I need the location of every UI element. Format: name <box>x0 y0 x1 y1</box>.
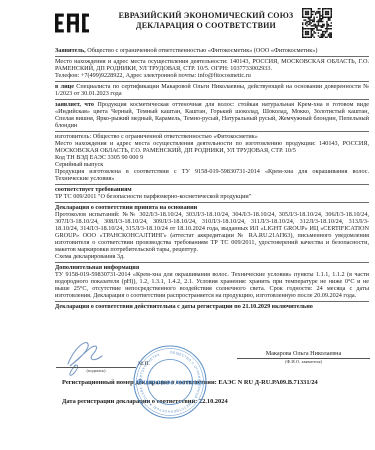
compliance-regulation: ТР ТС 009/2011 "О безопасности парфюмерн… <box>55 193 369 200</box>
compliance-label: соответствует требованиям <box>55 186 369 193</box>
signatory-name: Макарова Ольга Николаевна <box>237 350 370 359</box>
company-stamp-icon: ОБЩЕСТВО С ОГРАНИЧЕННОЙ ОТВЕТСТВЕННОСТЬЮ… <box>131 343 209 421</box>
section-address: Место нахождения и адрес места осуществл… <box>55 57 369 82</box>
title-line-1: ЕВРАЗИЙСКИЙ ЭКОНОМИЧЕСКИЙ СОЮЗ <box>95 11 317 21</box>
production-standard: Продукция изготовлена в соответствии с Т… <box>55 168 369 182</box>
applicant-contacts: Телефон: +7(499)9228922, Адрес электронн… <box>55 72 369 79</box>
title-line-2: ДЕКЛАРАЦИЯ О СООТВЕТСТВИИ <box>95 21 317 31</box>
section-representative: в лице Специалиста по сертификации Макар… <box>55 82 369 100</box>
signatory-block: Макарова Ольга Николаевна (Ф.И.О. заявит… <box>237 350 370 365</box>
signature-caption: (подпись) <box>86 368 105 373</box>
applicant-label: Заявитель, <box>55 47 86 54</box>
representative-label: в лице <box>55 83 74 90</box>
additional-info-text: ТУ 9158-019-59830731-2014 «Крем-хна для … <box>55 271 369 299</box>
representative-text: Специалиста по сертификации Макаровой Ол… <box>55 83 369 97</box>
section-basis: Декларация о соответствии принята на осн… <box>55 203 369 263</box>
applicant-address: Место нахождения и адрес места осуществл… <box>55 58 369 72</box>
signature-line: (подпись) <box>56 367 136 374</box>
section-manufacturer: изготовитель: Общество с ограниченной от… <box>55 132 369 185</box>
qr-code-icon <box>302 8 332 38</box>
section-validity: Декларация о соответствии действительна … <box>55 302 369 312</box>
declaration-document: ЕВРАЗИЙСКИЙ ЭКОНОМИЧЕСКИЙ СОЮЗ ДЕКЛАРАЦИ… <box>0 0 375 450</box>
manufacturer-address: Место нахождения и адрес места осуществл… <box>55 140 369 154</box>
section-applicant: Заявитель, Общество с ограниченной ответ… <box>55 46 369 57</box>
section-product: заявляет, что Продукция косметическая от… <box>55 100 369 132</box>
section-compliance: соответствует требованиям ТР ТС 009/2011… <box>55 185 369 203</box>
manufacturer-name: изготовитель: Общество с ограниченной от… <box>55 133 369 140</box>
basis-label: Декларация о соответствии принята на осн… <box>55 204 369 211</box>
serial-release: Серийный выпуск <box>55 161 369 168</box>
stamp-center-text: Фитокосметик <box>136 378 204 387</box>
product-description: Продукция косметическая оттеночная для в… <box>55 101 369 129</box>
document-body: Заявитель, Общество с ограниченной ответ… <box>55 46 369 312</box>
document-title: ЕВРАЗИЙСКИЙ ЭКОНОМИЧЕСКИЙ СОЮЗ ДЕКЛАРАЦИ… <box>95 11 317 30</box>
applicant-name: Общество с ограниченной ответственностью… <box>87 47 317 54</box>
registration-number: Регистрационный номер декларации о соотв… <box>62 379 371 386</box>
registration-date: Дата регистрации декларации о соответств… <box>62 398 371 405</box>
declares-label: заявляет, что <box>55 101 94 108</box>
additional-info-label: Дополнительная информация <box>55 264 369 271</box>
eac-mark-icon <box>55 9 89 42</box>
tnved-code: Код ТН ВЭД ЕАЭС 3305 90 000 9 <box>55 154 369 161</box>
test-protocols: Протоколов испытаний: №№ 302Л/3-18.10/24… <box>55 211 369 253</box>
validity-statement: Декларация о соответствии действительна … <box>55 303 369 310</box>
signatory-caption: (Ф.И.О. заявителя) <box>237 359 370 365</box>
declaration-scheme: Схема декларирования 3д. <box>55 253 369 260</box>
section-additional-info: Дополнительная информация ТУ 9158-019-59… <box>55 263 369 302</box>
